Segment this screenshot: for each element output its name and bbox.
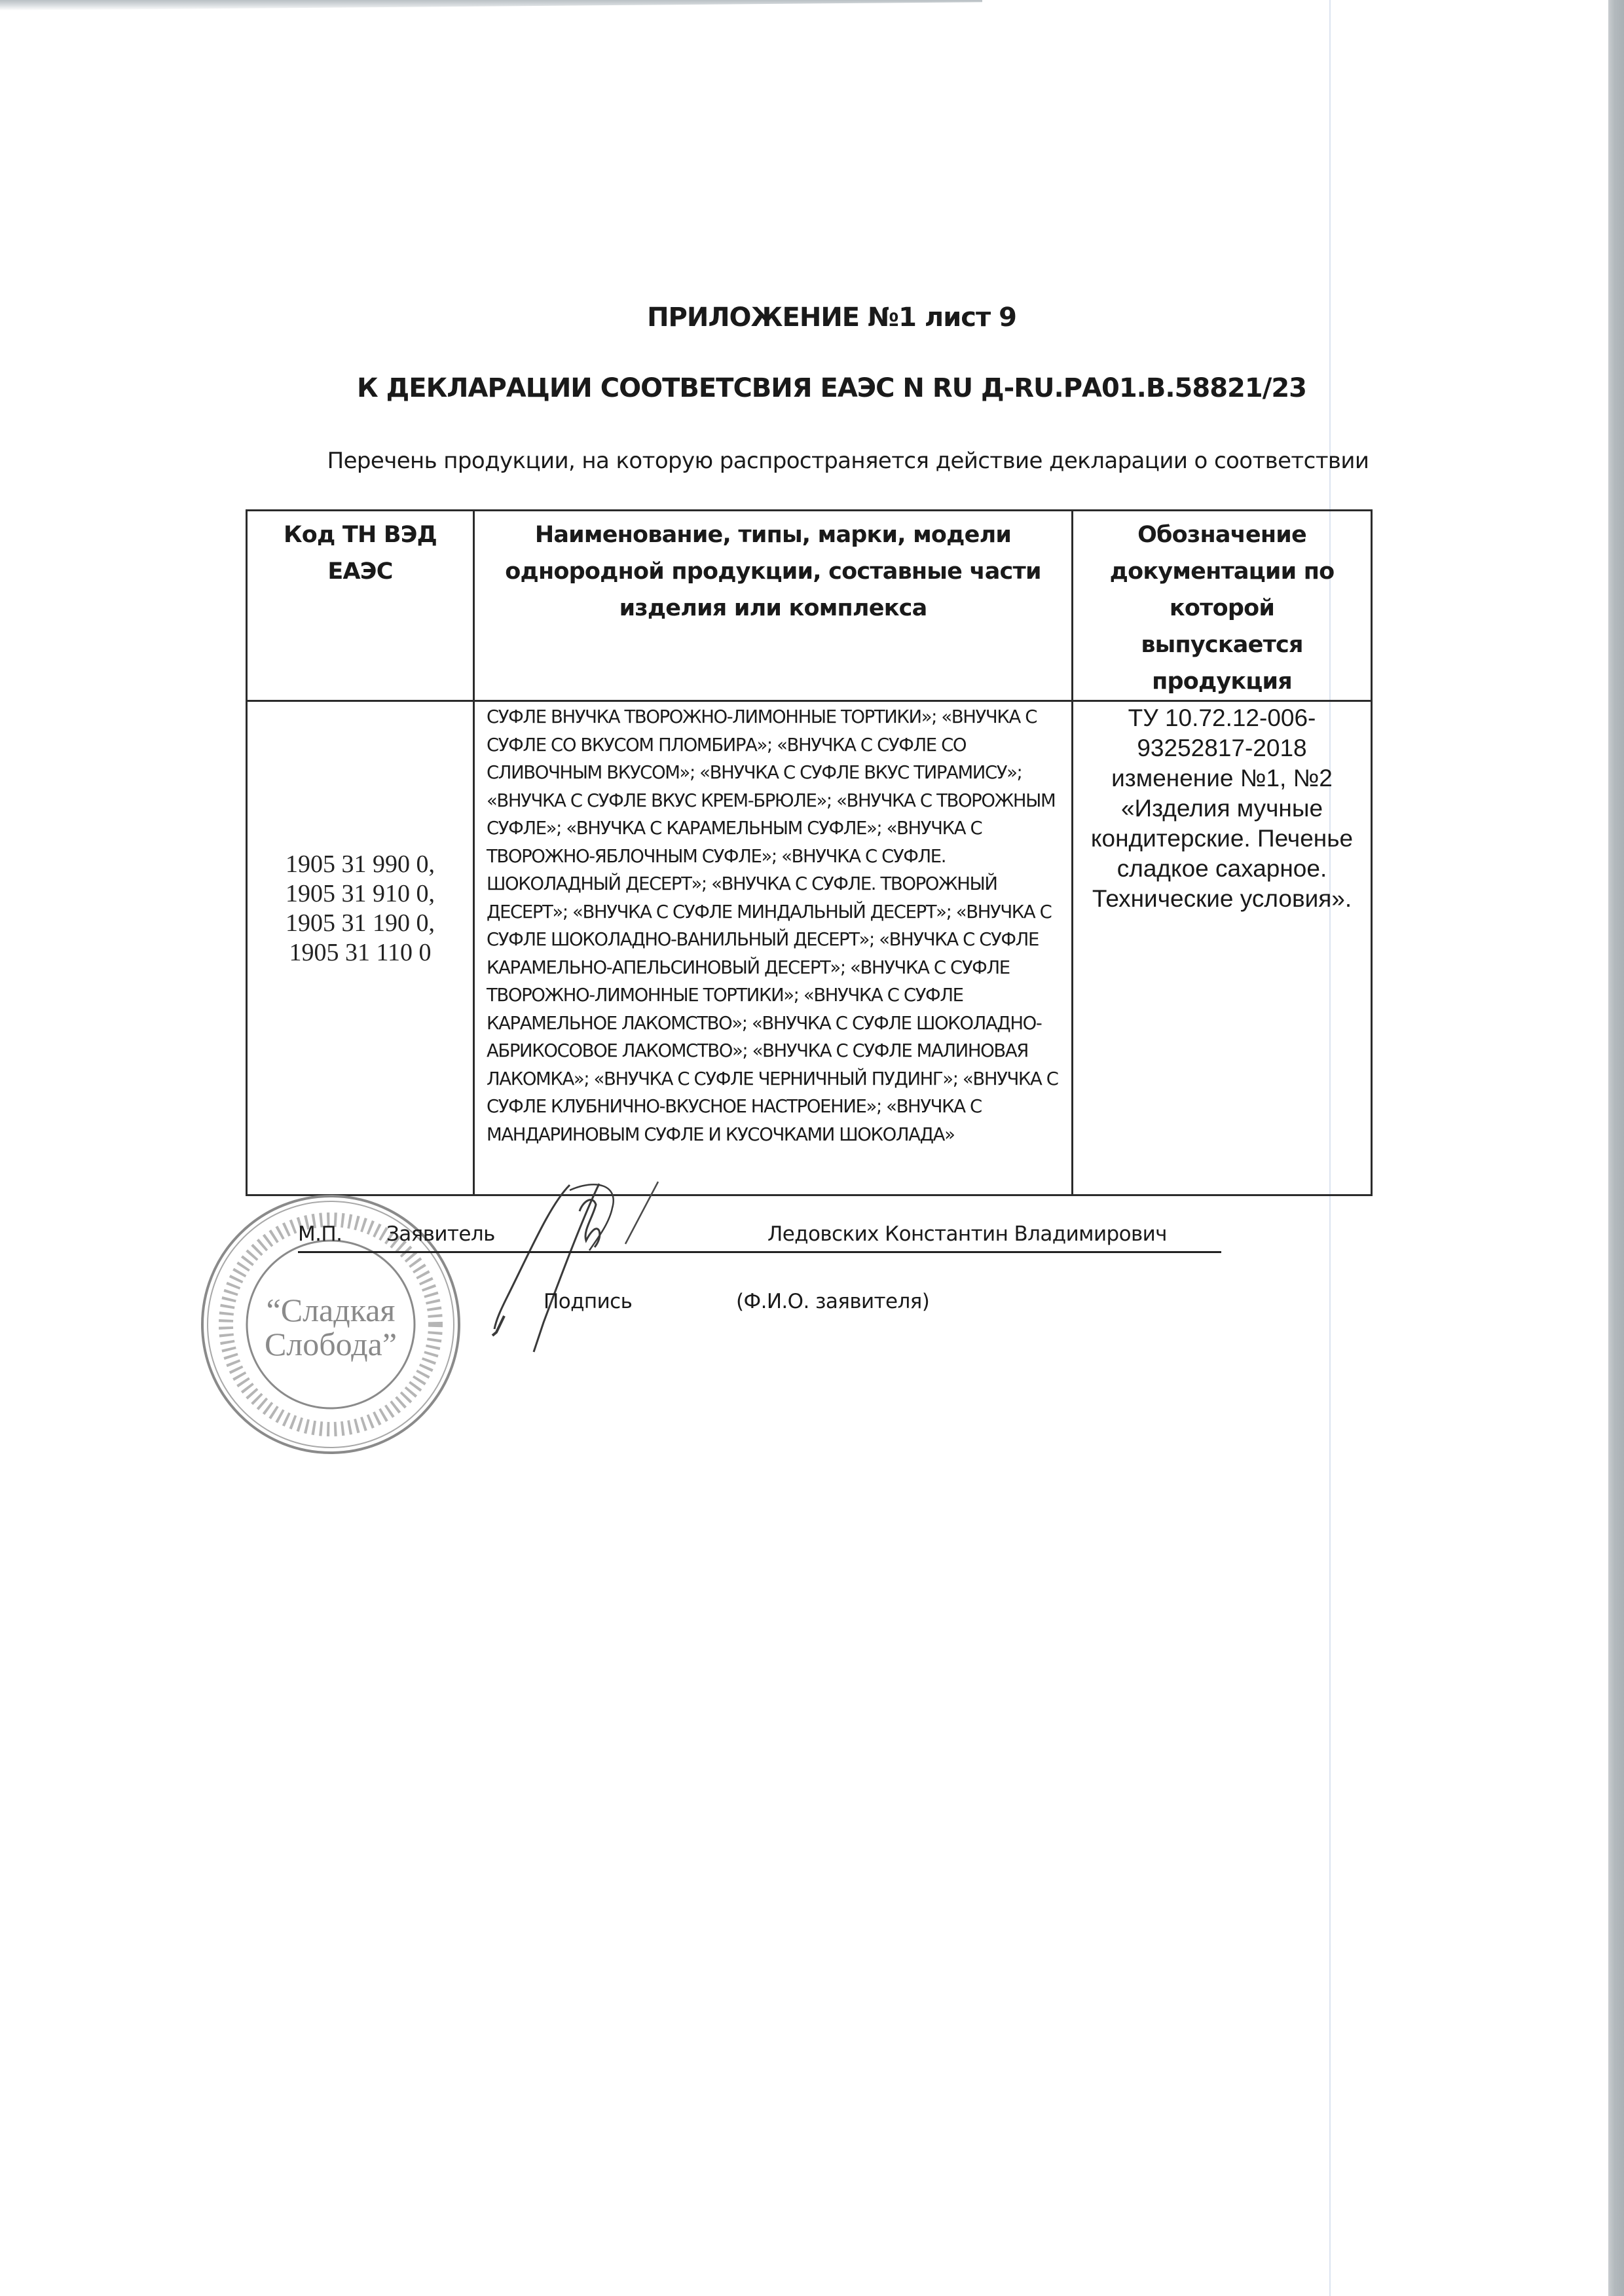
handwritten-signature — [485, 1178, 694, 1362]
stamp-text-line-1: “Сладкая — [267, 1292, 396, 1328]
declaration-title: К ДЕКЛАРАЦИИ СООТВЕТСВИЯ ЕАЭС N RU Д-RU.… — [0, 373, 1624, 403]
applicant-name: Ледовских Константин Владимирович — [767, 1222, 1167, 1246]
documentation-cell: ТУ 10.72.12-006-93252817-2018 изменение … — [1073, 701, 1372, 1195]
products-table: Код ТН ВЭД ЕАЭС Наименование, типы, марк… — [246, 509, 1373, 1196]
applicant-label: Заявитель — [386, 1222, 495, 1246]
stamp-place-label: М.П. — [298, 1222, 342, 1246]
appendix-title: ПРИЛОЖЕНИЕ №1 лист 9 — [0, 302, 1624, 333]
header-product-name: Наименование, типы, марки, модели одноро… — [474, 511, 1073, 701]
scan-shadow-top — [0, 0, 982, 10]
stamp-text-line-2: Слобода” — [265, 1326, 397, 1362]
applicant-name-caption: (Ф.И.О. заявителя) — [736, 1290, 929, 1313]
table-header-row: Код ТН ВЭД ЕАЭС Наименование, типы, марк… — [247, 511, 1372, 701]
hs-code: 1905 31 990 0, — [248, 850, 473, 879]
signature-line — [298, 1251, 1221, 1253]
header-hs-code: Код ТН ВЭД ЕАЭС — [247, 511, 474, 701]
products-list-subtitle: Перечень продукции, на которую распростр… — [0, 448, 1624, 474]
scan-edge-strip — [1608, 0, 1624, 2296]
hs-code: 1905 31 190 0, — [248, 909, 473, 938]
product-names-cell: СУФЛЕ ВНУЧКА ТВОРОЖНО-ЛИМОННЫЕ ТОРТИКИ»;… — [474, 701, 1073, 1195]
signature-caption: Подпись — [544, 1290, 632, 1313]
hs-codes-cell: 1905 31 990 0, 1905 31 910 0, 1905 31 19… — [247, 701, 474, 1195]
hs-code: 1905 31 910 0, — [248, 879, 473, 909]
header-documentation: Обозначение документации по которой выпу… — [1073, 511, 1372, 701]
hs-code: 1905 31 110 0 — [248, 938, 473, 968]
table-row: 1905 31 990 0, 1905 31 910 0, 1905 31 19… — [247, 701, 1372, 1195]
